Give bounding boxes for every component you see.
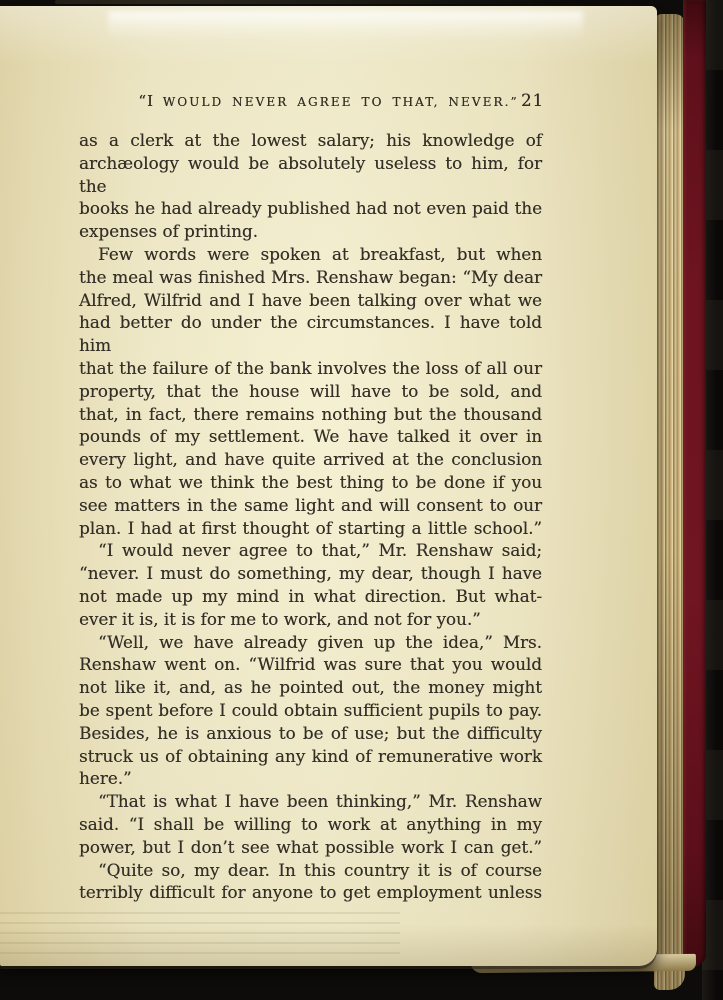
text-line: Renshaw went on. “Wilfrid was sure that … <box>79 653 542 676</box>
text-line: plan. I had at first thought of starting… <box>79 517 542 540</box>
text-line: “Well, we have already given up the idea… <box>79 631 542 654</box>
book-cover-edge <box>683 0 706 966</box>
scan-top-gap-artifact <box>55 0 655 4</box>
text-line: Besides, he is anxious to be of use; but… <box>79 722 542 745</box>
text-line: that the failure of the bank involves th… <box>79 357 542 380</box>
running-head-rest: WOULD NEVER AGREE TO THAT, NEVER.” <box>154 95 519 109</box>
page-text: as a clerk at the lowest salary; his kno… <box>79 129 542 904</box>
text-line: Alfred, Wilfrid and I have been talking … <box>79 289 542 312</box>
text-line: every light, and have quite arrived at t… <box>79 448 542 471</box>
text-line: be spent before I could obtain sufficien… <box>79 699 542 722</box>
book-page: “I WOULD NEVER AGREE TO THAT, NEVER.” 21… <box>0 6 657 966</box>
text-line: struck us of obtaining any kind of remun… <box>79 745 542 768</box>
text-line: power, but I don’t see what possible wor… <box>79 836 542 859</box>
text-line: that, in fact, there remains nothing but… <box>79 403 542 426</box>
text-line: books he had already published had not e… <box>79 197 542 220</box>
running-head: “I WOULD NEVER AGREE TO THAT, NEVER.” 21 <box>0 92 657 114</box>
text-line: archæology would be absolutely useless t… <box>79 152 542 198</box>
running-head-lead: “I <box>138 92 154 110</box>
text-line: “Quite so, my dear. In this country it i… <box>79 859 542 882</box>
text-line: had better do under the circumstances. I… <box>79 311 542 357</box>
text-line: see matters in the same light and will c… <box>79 494 542 517</box>
text-line: not like it, and, as he pointed out, the… <box>79 676 542 699</box>
book-photo: “I WOULD NEVER AGREE TO THAT, NEVER.” 21… <box>0 0 723 1000</box>
text-line: Few words were spoken at breakfast, but … <box>79 243 542 266</box>
text-line: not made up my mind in what direction. B… <box>79 585 542 608</box>
scan-highlight-artifact <box>108 11 583 41</box>
text-line: “never. I must do something, my dear, th… <box>79 562 542 585</box>
running-head-title: “I WOULD NEVER AGREE TO THAT, NEVER.” <box>0 92 657 110</box>
text-line: “That is what I have been thinking,” Mr.… <box>79 790 542 813</box>
scan-streak-artifact <box>0 904 400 962</box>
text-line: property, that the house will have to be… <box>79 380 542 403</box>
text-line: said. “I shall be willing to work at any… <box>79 813 542 836</box>
text-line: terribly difficult for anyone to get emp… <box>79 881 542 904</box>
page-fore-edge-stack <box>654 14 685 990</box>
text-line: “I would never agree to that,” Mr. Rensh… <box>79 539 542 562</box>
text-line: expenses of printing. <box>79 220 542 243</box>
text-line: here.” <box>79 767 542 790</box>
text-line: ever it is, it is for me to work, and no… <box>79 608 542 631</box>
text-line: the meal was finished Mrs. Renshaw began… <box>79 266 542 289</box>
text-line: pounds of my settlement. We have talked … <box>79 425 542 448</box>
text-line: as a clerk at the lowest salary; his kno… <box>79 129 542 152</box>
text-line: as to what we think the best thing to be… <box>79 471 542 494</box>
page-number: 21 <box>521 91 544 110</box>
